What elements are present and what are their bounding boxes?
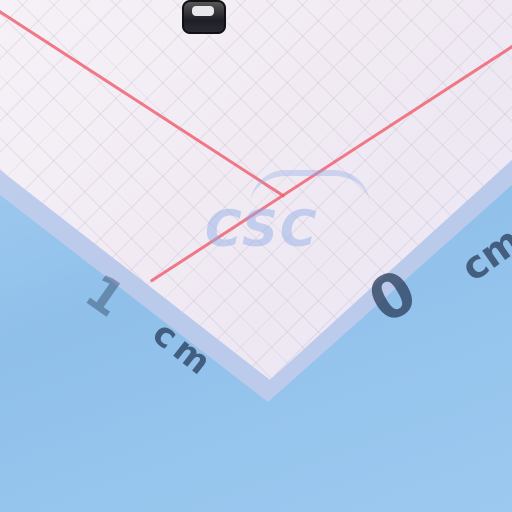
- component-highlight: [192, 6, 214, 16]
- photo-scene: CSC 1 cm 0 cm: [0, 0, 512, 512]
- electronic-component: [182, 0, 226, 34]
- watermark-logo: CSC: [205, 200, 319, 258]
